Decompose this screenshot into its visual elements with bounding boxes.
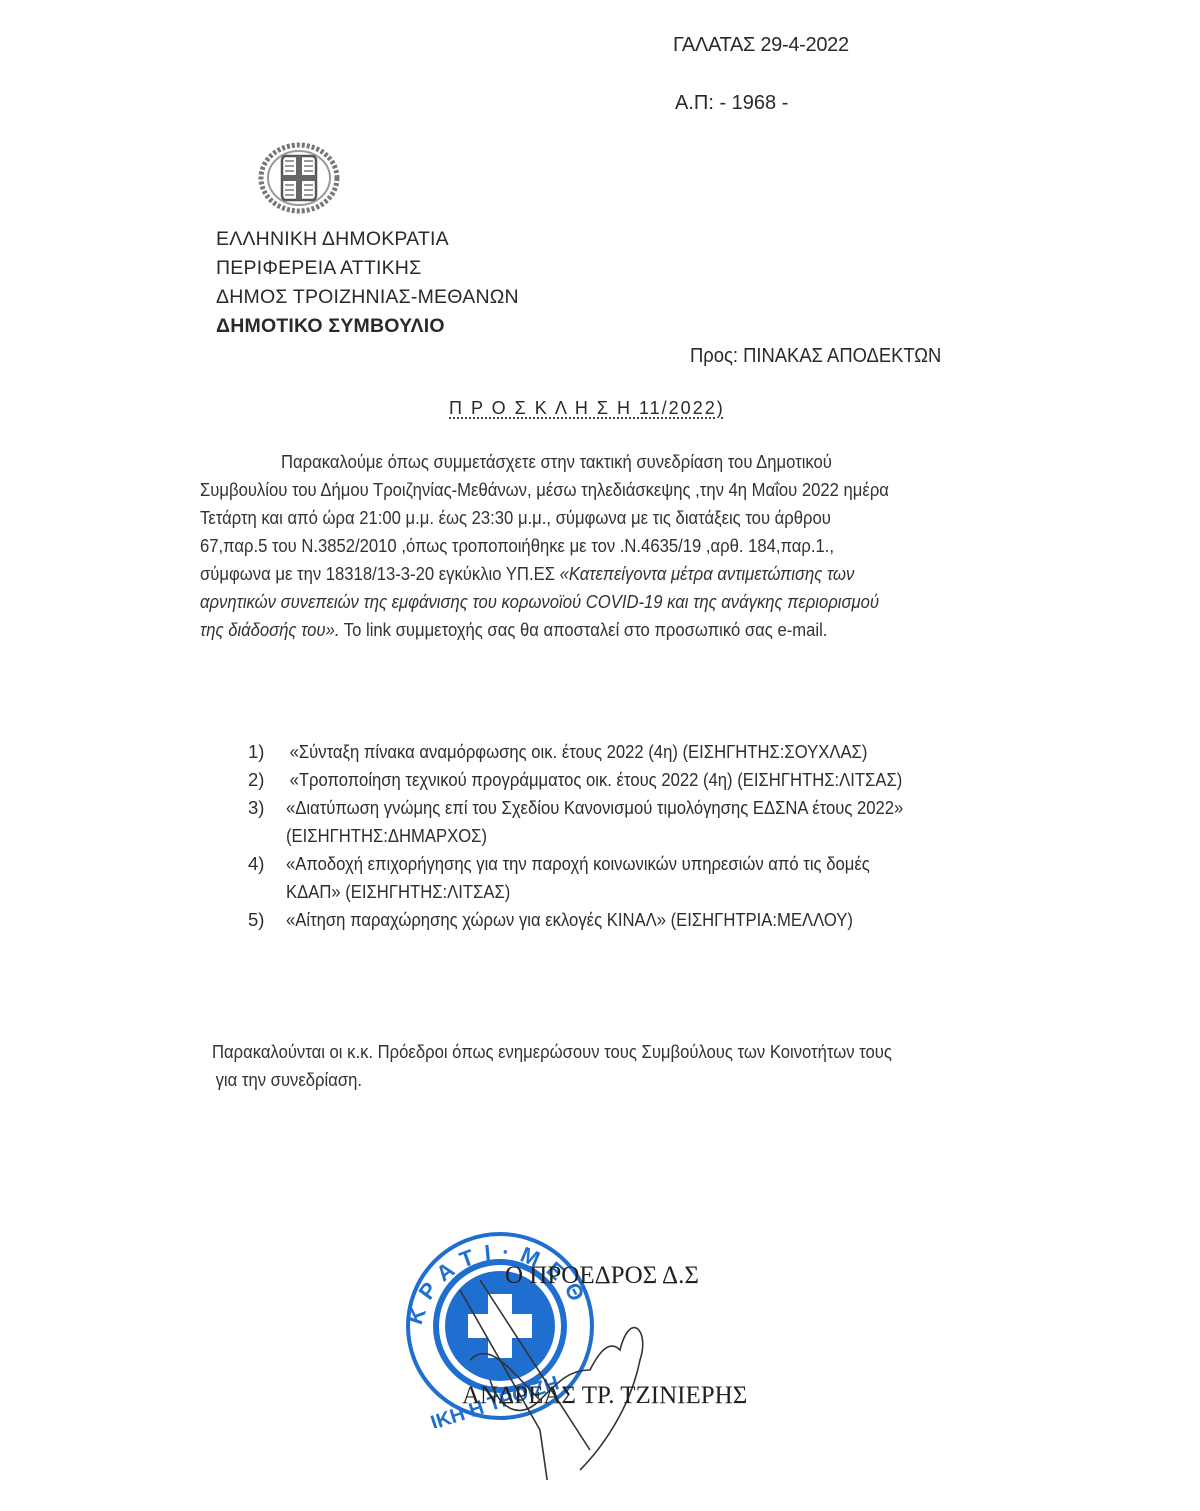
note-line: για την συνεδρίαση. xyxy=(212,1066,986,1094)
agenda-item: 1) «Σύνταξη πίνακα αναμόρφωσης οικ. έτου… xyxy=(248,738,1048,766)
document-title: Π Ρ Ο Σ Κ Λ Η Σ Η 11/2022) xyxy=(449,398,725,419)
agenda-item-text: «Τροποποίηση τεχνικού προγράμματος οικ. … xyxy=(286,766,972,794)
note-line: Παρακαλούνται οι κ.κ. Πρόεδροι όπως ενημ… xyxy=(212,1038,986,1066)
agenda-item-text: ΚΔΑΠ» (ΕΙΣΗΓΗΤΗΣ:ΛΙΤΣΑΣ) xyxy=(286,878,972,906)
protocol-number: Α.Π: - 1968 - xyxy=(675,92,788,115)
agenda-item-text: «Αίτηση παραχώρησης χώρων για εκλογές ΚΙ… xyxy=(286,906,972,934)
agenda-item-text: «Σύνταξη πίνακα αναμόρφωσης οικ. έτους 2… xyxy=(286,738,972,766)
agenda-item-text: «Αποδοχή επιχορήγησης για την παροχή κοι… xyxy=(286,850,972,878)
body-line: Τετάρτη και από ώρα 21:00 μ.μ. έως 23:30… xyxy=(200,504,974,532)
agenda-item-text: (ΕΙΣΗΓΗΤΗΣ:ΔΗΜΑΡΧΟΣ) xyxy=(286,822,972,850)
closing-note: Παρακαλούνται οι κ.κ. Πρόεδροι όπως ενημ… xyxy=(212,1038,1072,1094)
issuer-council: ΔΗΜΟΤΙΚΟ ΣΥΜΒΟΥΛΙΟ xyxy=(216,312,519,341)
agenda-item-number: 1) xyxy=(248,738,264,766)
body-line: αρνητικών συνεπειών της εμφάνισης του κο… xyxy=(200,588,974,616)
invitation-body: Παρακαλούμε όπως συμμετάσχετε στην τακτι… xyxy=(200,448,1060,644)
issuer-region: ΠΕΡΙΦΕΡΕΙΑ ΑΤΤΙΚΗΣ xyxy=(216,254,519,283)
body-line: Συμβουλίου του Δήμου Τροιζηνίας-Μεθάνων,… xyxy=(200,476,974,504)
issuer-block: ΕΛΛΗΝΙΚΗ ΔΗΜΟΚΡΑΤΙΑ ΠΕΡΙΦΕΡΕΙΑ ΑΤΤΙΚΗΣ Δ… xyxy=(216,225,519,341)
place-date: ΓΑΛΑΤΑΣ 29-4-2022 xyxy=(673,34,849,57)
agenda-item: 5) «Αίτηση παραχώρησης χώρων για εκλογές… xyxy=(248,906,1048,934)
body-line: 67,παρ.5 του Ν.3852/2010 ,όπως τροποποιή… xyxy=(200,532,974,560)
link-note: Το link συμμετοχής σας θα αποσταλεί στο … xyxy=(339,619,827,640)
circular-quote: «Κατεπείγοντα μέτρα αντιμετώπισης των xyxy=(560,563,855,584)
issuer-municipality: ΔΗΜΟΣ ΤΡΟΙΖΗΝΙΑΣ-ΜΕΘΑΝΩΝ xyxy=(216,283,519,312)
body-line: Παρακαλούμε όπως συμμετάσχετε στην τακτι… xyxy=(200,448,974,476)
agenda-item-text: «Διατύπωση γνώμης επί του Σχεδίου Κανονι… xyxy=(286,794,972,822)
handwritten-signature-icon xyxy=(450,1250,690,1485)
greek-coat-of-arms-icon xyxy=(258,142,340,214)
agenda-item-number: 5) xyxy=(248,906,264,934)
agenda-item: 2) «Τροποποίηση τεχνικού προγράμματος οι… xyxy=(248,766,1048,794)
signatory-name: ΑΝΔΡΕΑΣ ΤΡ. ΤΖΙΝΙΕΡΗΣ xyxy=(462,1382,747,1410)
body-line: σύμφωνα με την 18318/13-3-20 εγκύκλιο ΥΠ… xyxy=(200,560,974,588)
agenda-item-number: 4) xyxy=(248,850,264,878)
recipient: Προς: ΠΙΝΑΚΑΣ ΑΠΟΔΕΚΤΩΝ xyxy=(690,345,941,368)
issuer-country: ΕΛΛΗΝΙΚΗ ΔΗΜΟΚΡΑΤΙΑ xyxy=(216,225,519,254)
agenda-item: 3) «Διατύπωση γνώμης επί του Σχεδίου Καν… xyxy=(248,794,1048,850)
agenda-item-number: 3) xyxy=(248,794,264,822)
agenda-item-number: 2) xyxy=(248,766,264,794)
body-line: της διάδοσής του». Το link συμμετοχής σα… xyxy=(200,616,974,644)
agenda-item: 4) «Αποδοχή επιχορήγησης για την παροχή … xyxy=(248,850,1048,906)
agenda-list: 1) «Σύνταξη πίνακα αναμόρφωσης οικ. έτου… xyxy=(248,738,1048,934)
